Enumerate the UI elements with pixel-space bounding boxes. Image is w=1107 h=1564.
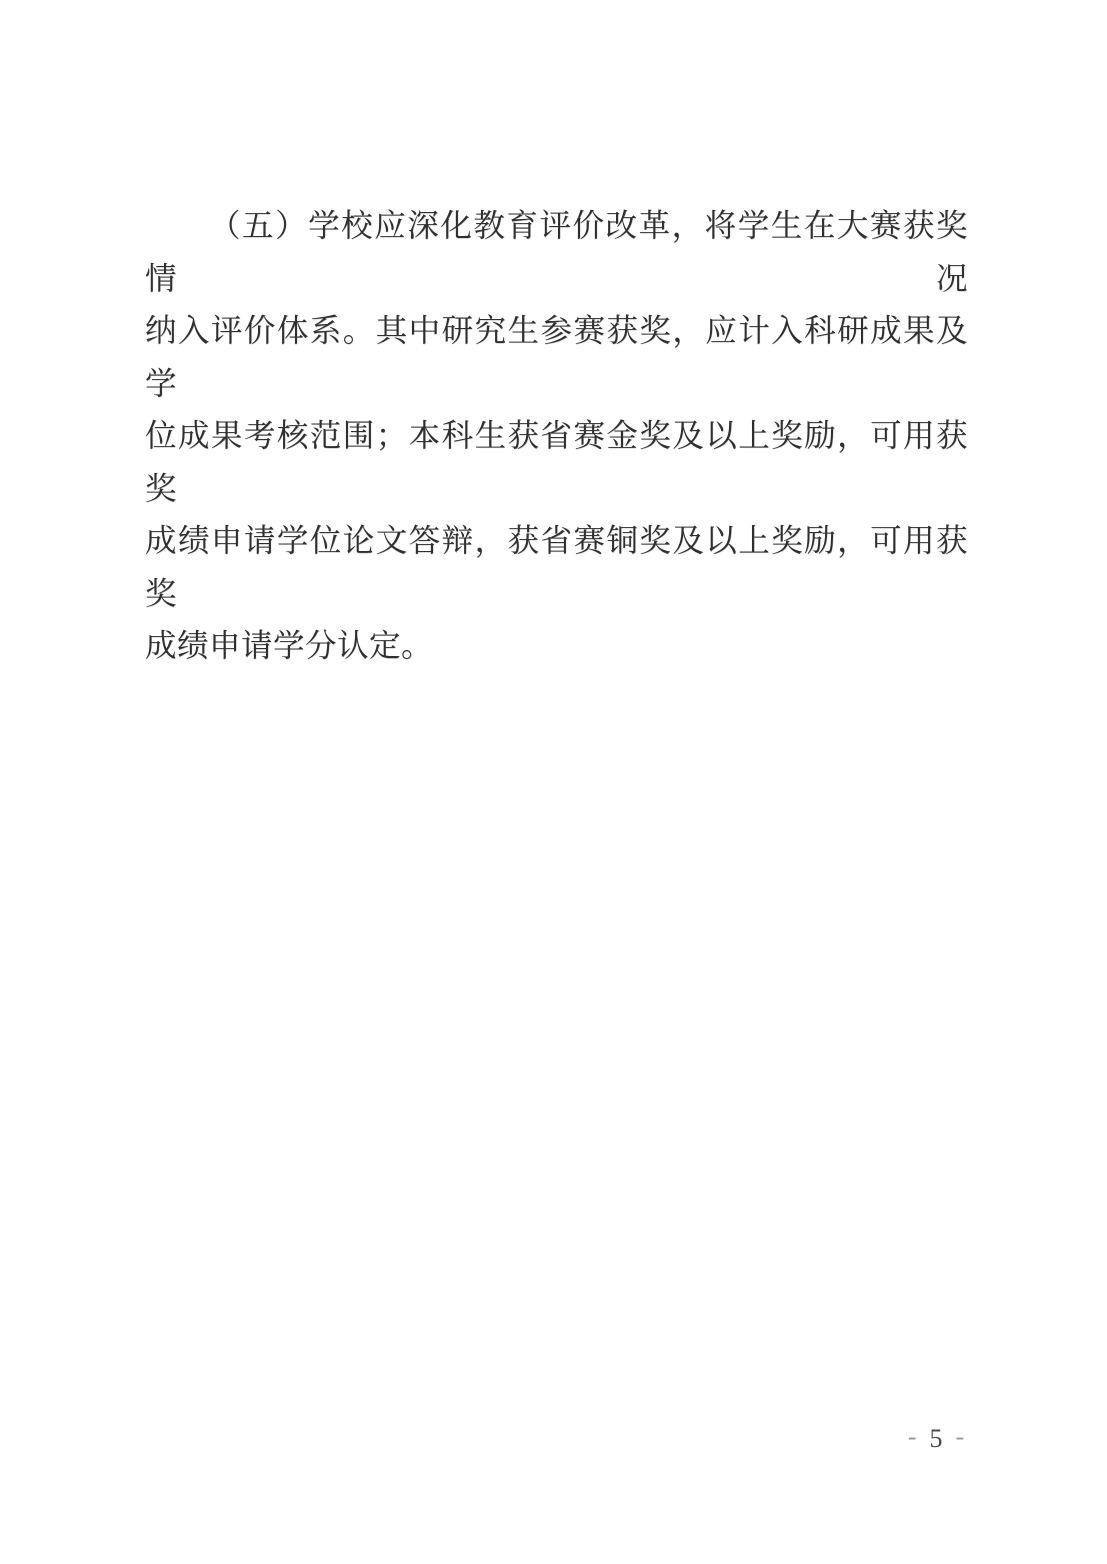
document-page: （五）学校应深化教育评价改革，将学生在大赛获奖情况 纳入评价体系。其中研究生参赛… [0,0,1107,1564]
paragraph-line: 位成果考核范围；本科生获省赛金奖及以上奖励，可用获奖 [145,410,968,515]
page-number: - 5 - [898,1424,974,1454]
page-number-dash: - [908,1422,917,1452]
page-number-value: 5 [930,1424,943,1454]
page-number-dash: - [956,1422,965,1452]
body-paragraph: （五）学校应深化教育评价改革，将学生在大赛获奖情况 纳入评价体系。其中研究生参赛… [145,200,968,673]
paragraph-line: 成绩申请学位论文答辩，获省赛铜奖及以上奖励，可用获奖 [145,515,968,620]
paragraph-line: 纳入评价体系。其中研究生参赛获奖，应计入科研成果及学 [145,305,968,410]
paragraph-line: （五）学校应深化教育评价改革，将学生在大赛获奖情况 [145,200,968,305]
paragraph-line: 成绩申请学分认定。 [145,620,968,673]
